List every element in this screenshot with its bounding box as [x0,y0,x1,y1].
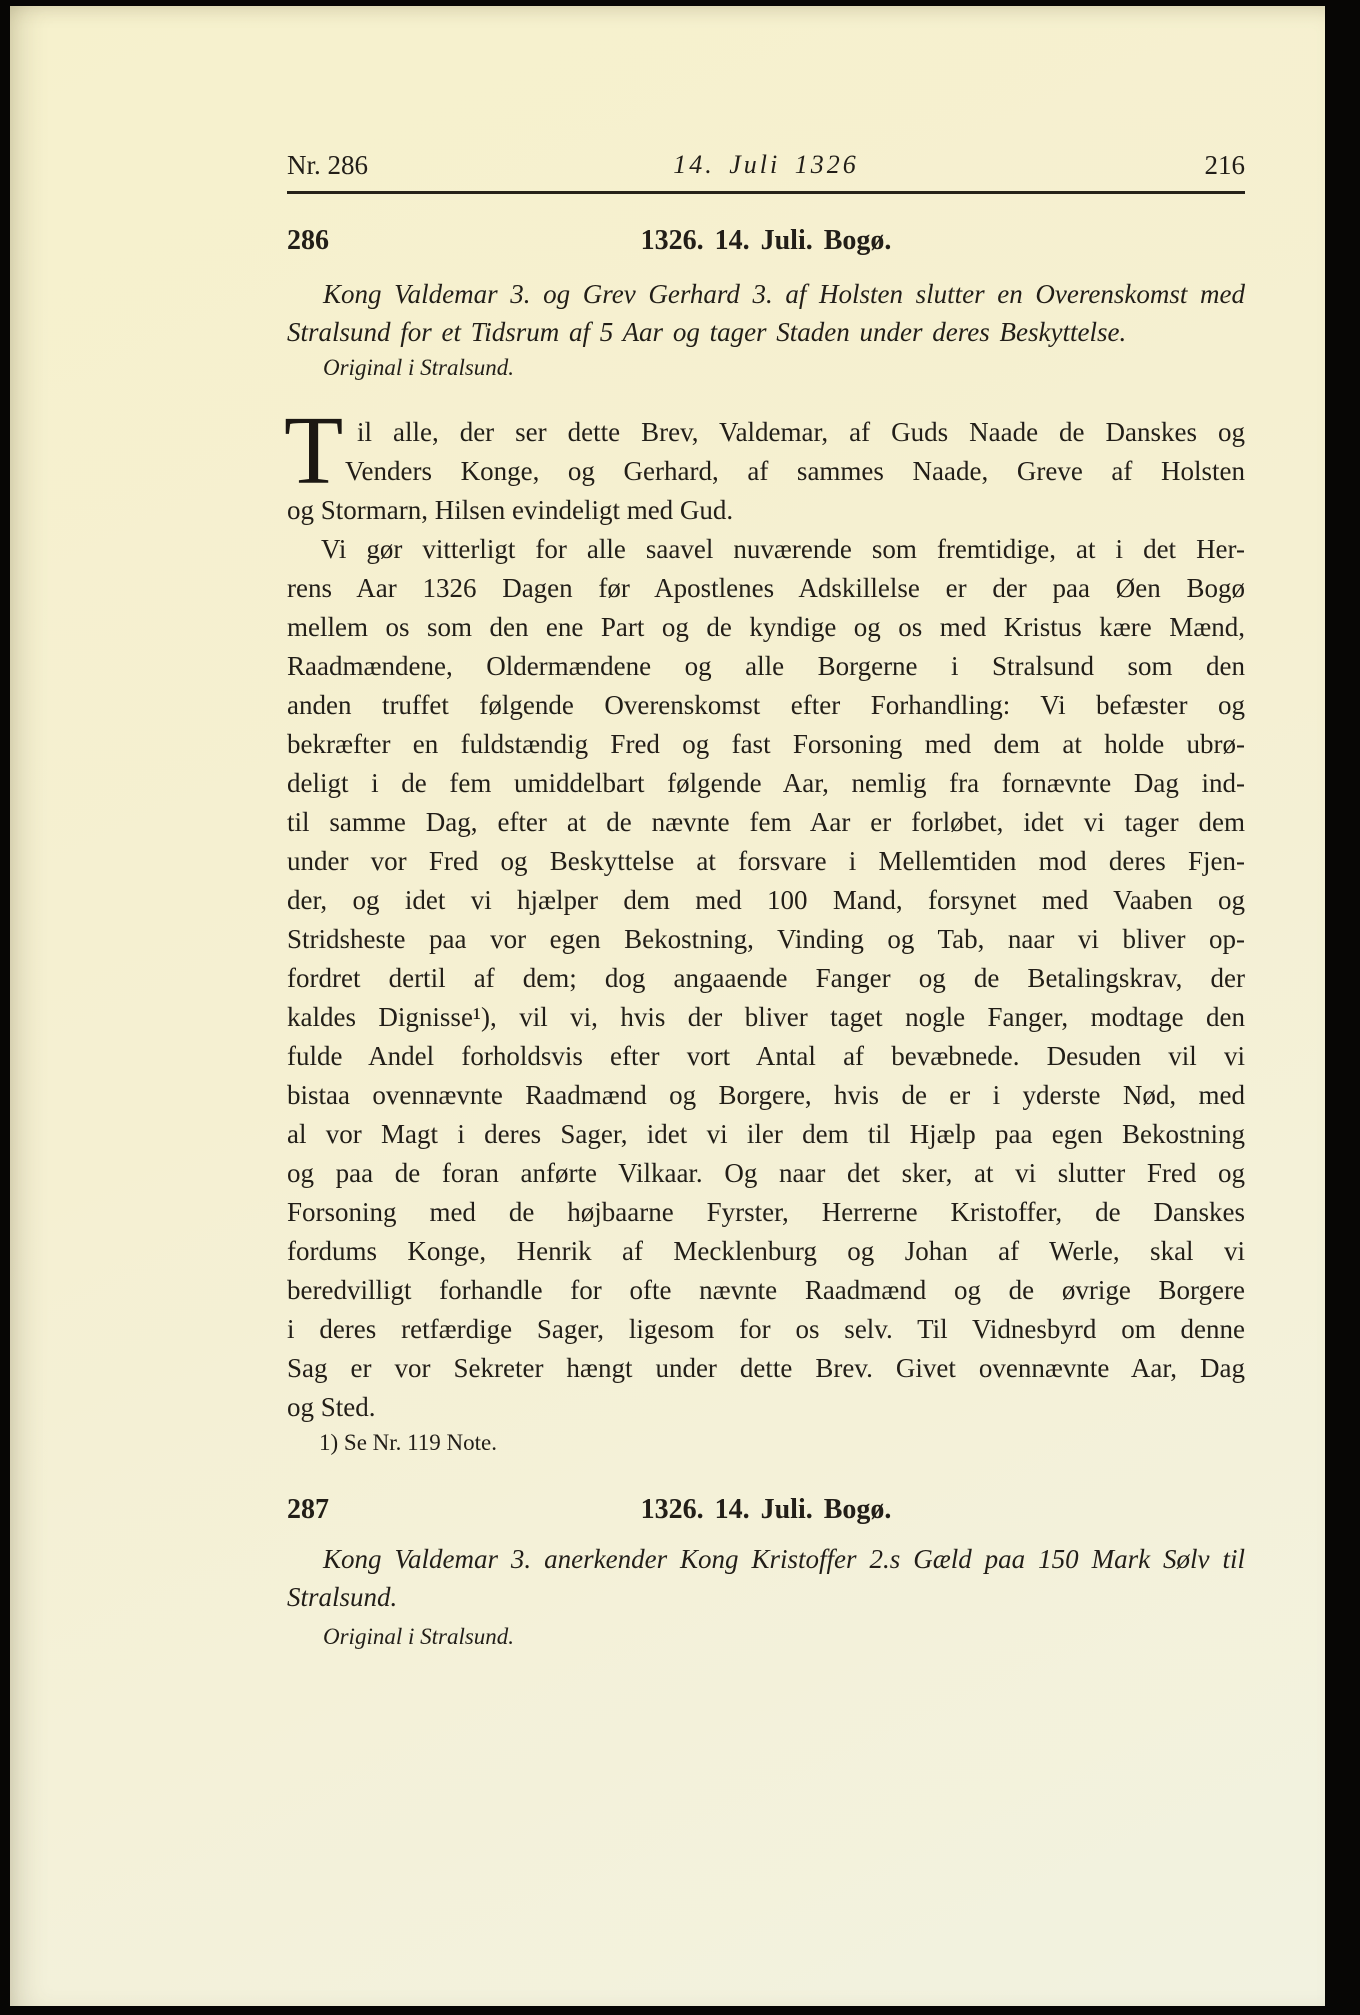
entry-286-body-line: anden truffet følgende Overenskomst efte… [287,686,1245,725]
entry-287-heading-row: 287 1326. 14. Juli. Bogø. [287,1494,1245,1528]
entry-286-body-line: fordums Konge, Henrik af Mecklenburg og … [287,1232,1245,1271]
footnote-text: 1) Se Nr. 119 Note. [287,1430,1245,1456]
entry-286-body: T il alle, der ser dette Brev, Valdemar,… [287,413,1245,1427]
entry-286-source: Original i Stralsund. [287,355,1281,381]
entry-286-body-line: i deres retfærdige Sager, ligesom for os… [287,1310,1245,1349]
entry-286-body-line: il alle, der ser dette Brev, Valdemar, a… [287,413,1245,452]
entry-286-body-line: deligt i de fem umiddelbart følgende Aar… [287,764,1245,803]
entry-286-body-line: og Stormarn, Hilsen evindeligt med Gud. [287,491,1245,530]
entry-286-title: 1326. 14. Juli. Bogø. [287,225,1245,257]
entry-286-body-line: rens Aar 1326 Dagen før Apostlenes Adski… [287,569,1245,608]
running-head: Nr. 286 14. Juli 1326 216 [287,150,1245,184]
entry-287-title: 1326. 14. Juli. Bogø. [287,1494,1245,1526]
dropcap-letter: T [284,402,343,499]
entry-286-body-line: mellem os som den ene Part og de kyndige… [287,608,1245,647]
entry-287-summary-line: Stralsund. [287,1578,1245,1616]
running-head-date: 14. Juli 1326 [287,150,1245,180]
entry-287-summary: Kong Valdemar 3. anerkender Kong Kristof… [287,1540,1245,1616]
entry-286-body-line: fulde Andel forholdsvis efter vort Antal… [287,1037,1245,1076]
entry-286-body-line: og paa de foran anførte Vilkaar. Og naar… [287,1154,1245,1193]
scanned-book-page: Nr. 286 14. Juli 1326 216 286 1326. 14. … [0,0,1360,2015]
entry-286-body-line: Venders Konge, og Gerhard, af sammes Naa… [287,452,1245,491]
entry-286-body-lines: il alle, der ser dette Brev, Valdemar, a… [287,413,1245,1427]
entry-286-body-line: al vor Magt i deres Sager, idet vi iler … [287,1115,1245,1154]
entry-286-footnote: 1) Se Nr. 119 Note. [287,1430,1245,1456]
entry-286-body-line: Raadmændene, Oldermændene og alle Borger… [287,647,1245,686]
entry-286-body-line: Forsoning med de højbaarne Fyrster, Herr… [287,1193,1245,1232]
entry-286-body-line: beredvilligt forhandle for ofte nævnte R… [287,1271,1245,1310]
entry-286-heading-row: 286 1326. 14. Juli. Bogø. [287,225,1245,259]
entry-286-body-line: der, og idet vi hjælper dem med 100 Mand… [287,881,1245,920]
entry-286-summary: Kong Valdemar 3. og Grev Gerhard 3. af H… [287,275,1245,351]
entry-287-source: Original i Stralsund. [287,1624,1281,1650]
entry-286-body-line: fordret dertil af dem; dog angaaende Fan… [287,959,1245,998]
entry-286-body-line: Sag er vor Sekreter hængt under dette Br… [287,1349,1245,1388]
entry-287-summary-line: Kong Valdemar 3. anerkender Kong Kristof… [287,1540,1245,1578]
entry-286-summary-line: Stralsund for et Tidsrum af 5 Aar og tag… [287,313,1245,351]
entry-286-body-line: til samme Dag, efter at de nævnte fem Aa… [287,803,1245,842]
entry-286-body-line: under vor Fred og Beskyttelse at forsvar… [287,842,1245,881]
entry-286-body-line: bekræfter en fuldstændig Fred og fast Fo… [287,725,1245,764]
entry-286-summary-line: Kong Valdemar 3. og Grev Gerhard 3. af H… [287,275,1245,313]
running-head-page-number: 216 [1205,150,1246,181]
entry-286-body-line: kaldes Dignisse¹), vil vi, hvis der bliv… [287,998,1245,1037]
entry-286-body-line: bistaa ovennævnte Raadmænd og Borgere, h… [287,1076,1245,1115]
header-rule [287,191,1245,194]
entry-286-body-line: Vi gør vitterligt for alle saavel nuvære… [287,530,1245,569]
entry-286-body-line: og Sted. [287,1388,1245,1427]
entry-286-body-line: Stridsheste paa vor egen Bekostning, Vin… [287,920,1245,959]
